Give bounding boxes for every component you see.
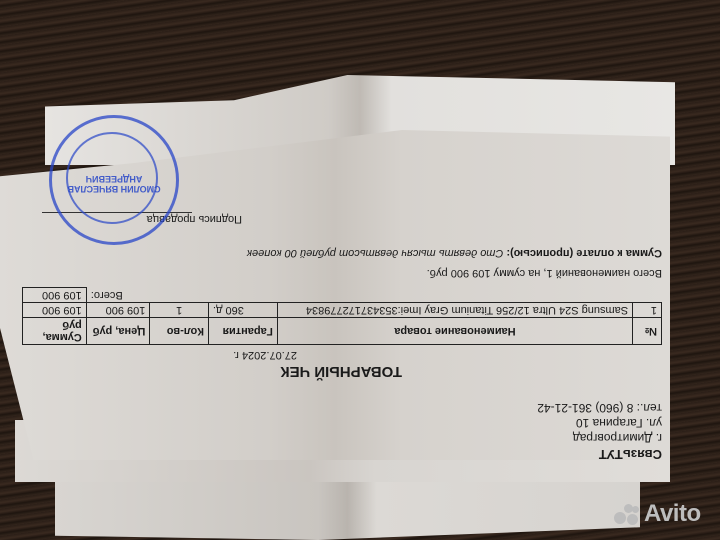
shop-name: СвязьТУТ (22, 447, 662, 462)
receipt-upside-down: СвязьТУТ г. Димитровград ул. Гагарина 10… (0, 0, 720, 540)
shop-street: ул. Гагарина 10 (22, 415, 662, 430)
total-value: 109 900 (23, 288, 87, 303)
items-table: № Наименование товара Гарантия Кол-во Це… (22, 287, 662, 345)
col-warranty: Гарантия (208, 318, 277, 345)
amount-in-words: Сумма к оплате (прописью): Сто девять ты… (22, 247, 662, 259)
shop-phone: тел.: 8 (960) 361-21-42 (22, 400, 662, 415)
table-row: 1 Samsung S24 Ultra 12/256 Titanium Gray… (23, 303, 662, 318)
row-warranty: 360 д. (208, 303, 277, 318)
total-label: Всего: (86, 288, 661, 303)
col-name: Наименование товара (277, 318, 632, 345)
avito-logo-icon (614, 503, 640, 525)
avito-brand-text: Avito (644, 500, 701, 528)
receipt-title: ТОВАРНЫЙ ЧЕК (22, 363, 402, 380)
col-price: Цена, руб (86, 318, 150, 345)
row-number: 1 (633, 303, 662, 318)
row-price: 109 900 (86, 303, 150, 318)
table-header-row: № Наименование товара Гарантия Кол-во Це… (23, 318, 662, 345)
row-sum: 109 900 (23, 303, 87, 318)
amount-words-value: Сто девять тысяч девятьсот рублей 00 коп… (247, 247, 504, 259)
stamp-text: СМОЛИН ВЯЧЕСЛАВ АНДРЕЕВИЧ (52, 174, 176, 194)
receipt-date: 27.07.2024 г. (22, 349, 297, 361)
avito-watermark: Avito (614, 500, 701, 528)
col-quantity: Кол-во (150, 318, 209, 345)
row-name: Samsung S24 Ultra 12/256 Titanium Gray I… (277, 303, 632, 318)
col-number: № (633, 318, 662, 345)
amount-words-label: Сумма к оплате (прописью): (506, 247, 662, 259)
shop-city: г. Димитровград (22, 430, 662, 445)
col-sum: Сумма, руб (23, 318, 87, 345)
seller-stamp: СМОЛИН ВЯЧЕСЛАВ АНДРЕЕВИЧ (49, 115, 179, 245)
total-row: Всего: 109 900 (23, 288, 662, 303)
items-summary: Всего наименований 1, на сумму 109 900 р… (22, 267, 662, 279)
row-quantity: 1 (150, 303, 209, 318)
